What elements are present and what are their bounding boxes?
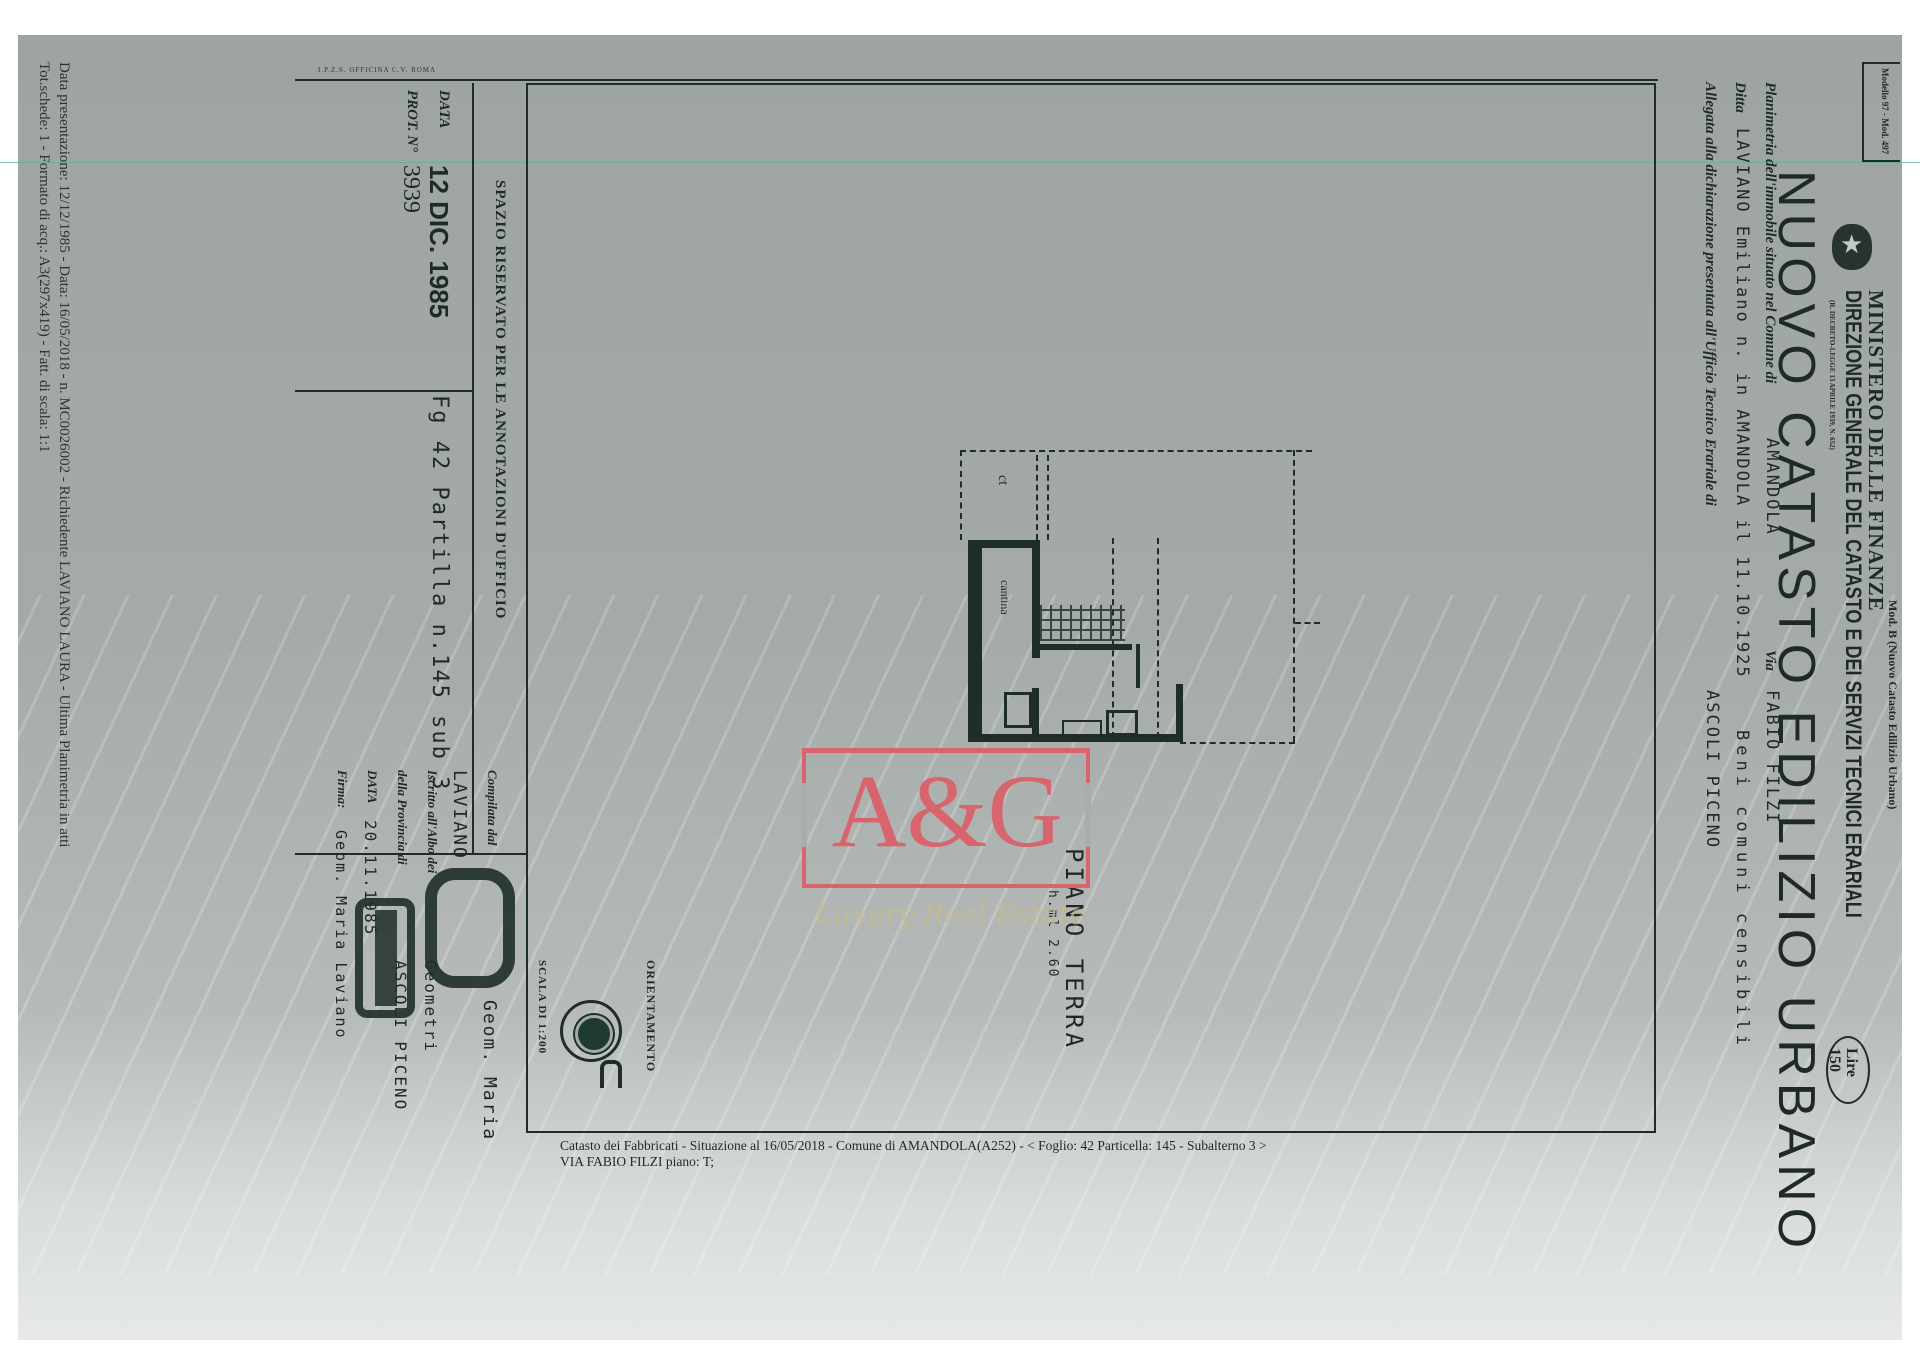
signature-label: Firma: bbox=[334, 770, 350, 808]
field-office-value: ASCOLI PICENO bbox=[1702, 690, 1722, 849]
field-street-label: Via bbox=[1761, 650, 1778, 671]
stamp-amount: 150 bbox=[1826, 1048, 1843, 1072]
register-label: Iscritto all'Albo dei bbox=[424, 770, 440, 873]
caption-line1: Catasto dei Fabbricati - Situazione al 1… bbox=[560, 1138, 1267, 1154]
decree-note: (R. DECRETO-LEGGE 13 APRILE 1939, N. 652… bbox=[1828, 300, 1836, 450]
prot-number: 3939 bbox=[397, 165, 424, 213]
revenue-stamp: Lire 150 bbox=[1826, 1048, 1860, 1092]
scale-label: SCALA DI 1:200 bbox=[536, 960, 548, 1054]
annotations-header: SPAZIO RISERVATO PER LE ANNOTAZIONI D'UF… bbox=[491, 180, 508, 619]
field-office-label: Allegata alla dichiarazione presentata a… bbox=[1701, 82, 1718, 506]
field-street-value: FABIO FILZI bbox=[1762, 690, 1782, 825]
cadastral-caption: Catasto dei Fabbricati - Situazione al 1… bbox=[560, 1138, 1267, 1170]
compiler-label: Compilata dal bbox=[484, 770, 500, 845]
province-label: della Provincia di bbox=[394, 770, 410, 865]
compiler-date-label: DATA bbox=[364, 770, 380, 803]
field-owner-value: LAVIANO Emiliano n. in AMANDOLA il 11.10… bbox=[1732, 128, 1752, 679]
north-arrow-icon bbox=[600, 1060, 622, 1088]
star-icon: ★ bbox=[1840, 232, 1863, 258]
watermark-tagline: Luxury Real Estate bbox=[800, 898, 1100, 931]
field-owner-note: Beni comuni censibili bbox=[1732, 730, 1752, 1050]
directorate-title: DIREZIONE GENERALE DEL CATASTO E DEI SER… bbox=[1840, 290, 1866, 918]
annotation-top-rule bbox=[295, 79, 1658, 81]
handwritten-parcel-note: Fg 42 Partilla n.145 sub 3 bbox=[427, 395, 452, 791]
professional-stamp bbox=[345, 860, 515, 1040]
prot-label: PROT. N° bbox=[403, 90, 420, 152]
compass-icon bbox=[575, 1015, 613, 1053]
caption-line2: VIA FABIO FILZI piano: T; bbox=[560, 1154, 1267, 1170]
annotation-mid-rule bbox=[295, 390, 473, 392]
date-stamp: 12 DIC. 1985 bbox=[423, 165, 454, 318]
compiler-surname: LAVIANO bbox=[449, 770, 470, 860]
room-label-cantina: cantina bbox=[997, 580, 1012, 615]
form-code: Modello 97 - Mod. 497 bbox=[1880, 68, 1890, 154]
watermark-brand: A&G bbox=[812, 752, 1082, 872]
orientation-label: ORIENTAMENTO bbox=[643, 960, 658, 1072]
ministry-title: MINISTERO DELLE FINANZE bbox=[1863, 290, 1888, 612]
annotation-bottom-rule bbox=[295, 853, 526, 855]
room-label-ct: ct bbox=[994, 475, 1010, 485]
right-edge-note: Mod. B (Nuovo Catasto Edilizio Urbano) bbox=[1885, 600, 1900, 809]
margin-stamp-line1: Data presentazione: 12/12/1985 - Data: 1… bbox=[55, 62, 72, 847]
margin-stamp-line2: Tot.schede: 1 - Formato di acq.: A3(297x… bbox=[35, 62, 52, 453]
floor-plan: ct cantina bbox=[940, 430, 1320, 760]
printer-note: I.P.Z.S. OFFICINA C.V. ROMA bbox=[318, 66, 436, 74]
north-compass bbox=[560, 1000, 622, 1062]
field-owner-label: Ditta bbox=[1731, 82, 1748, 113]
staircase bbox=[1040, 605, 1125, 641]
annotation-inner-rule bbox=[472, 83, 474, 853]
field-location-label: Planimetria dell'immobile situato nel Co… bbox=[1761, 82, 1778, 383]
field-location-value: AMANDOLA bbox=[1762, 438, 1782, 536]
date-label: DATA bbox=[435, 90, 452, 128]
stamp-label: Lire bbox=[1843, 1048, 1860, 1077]
